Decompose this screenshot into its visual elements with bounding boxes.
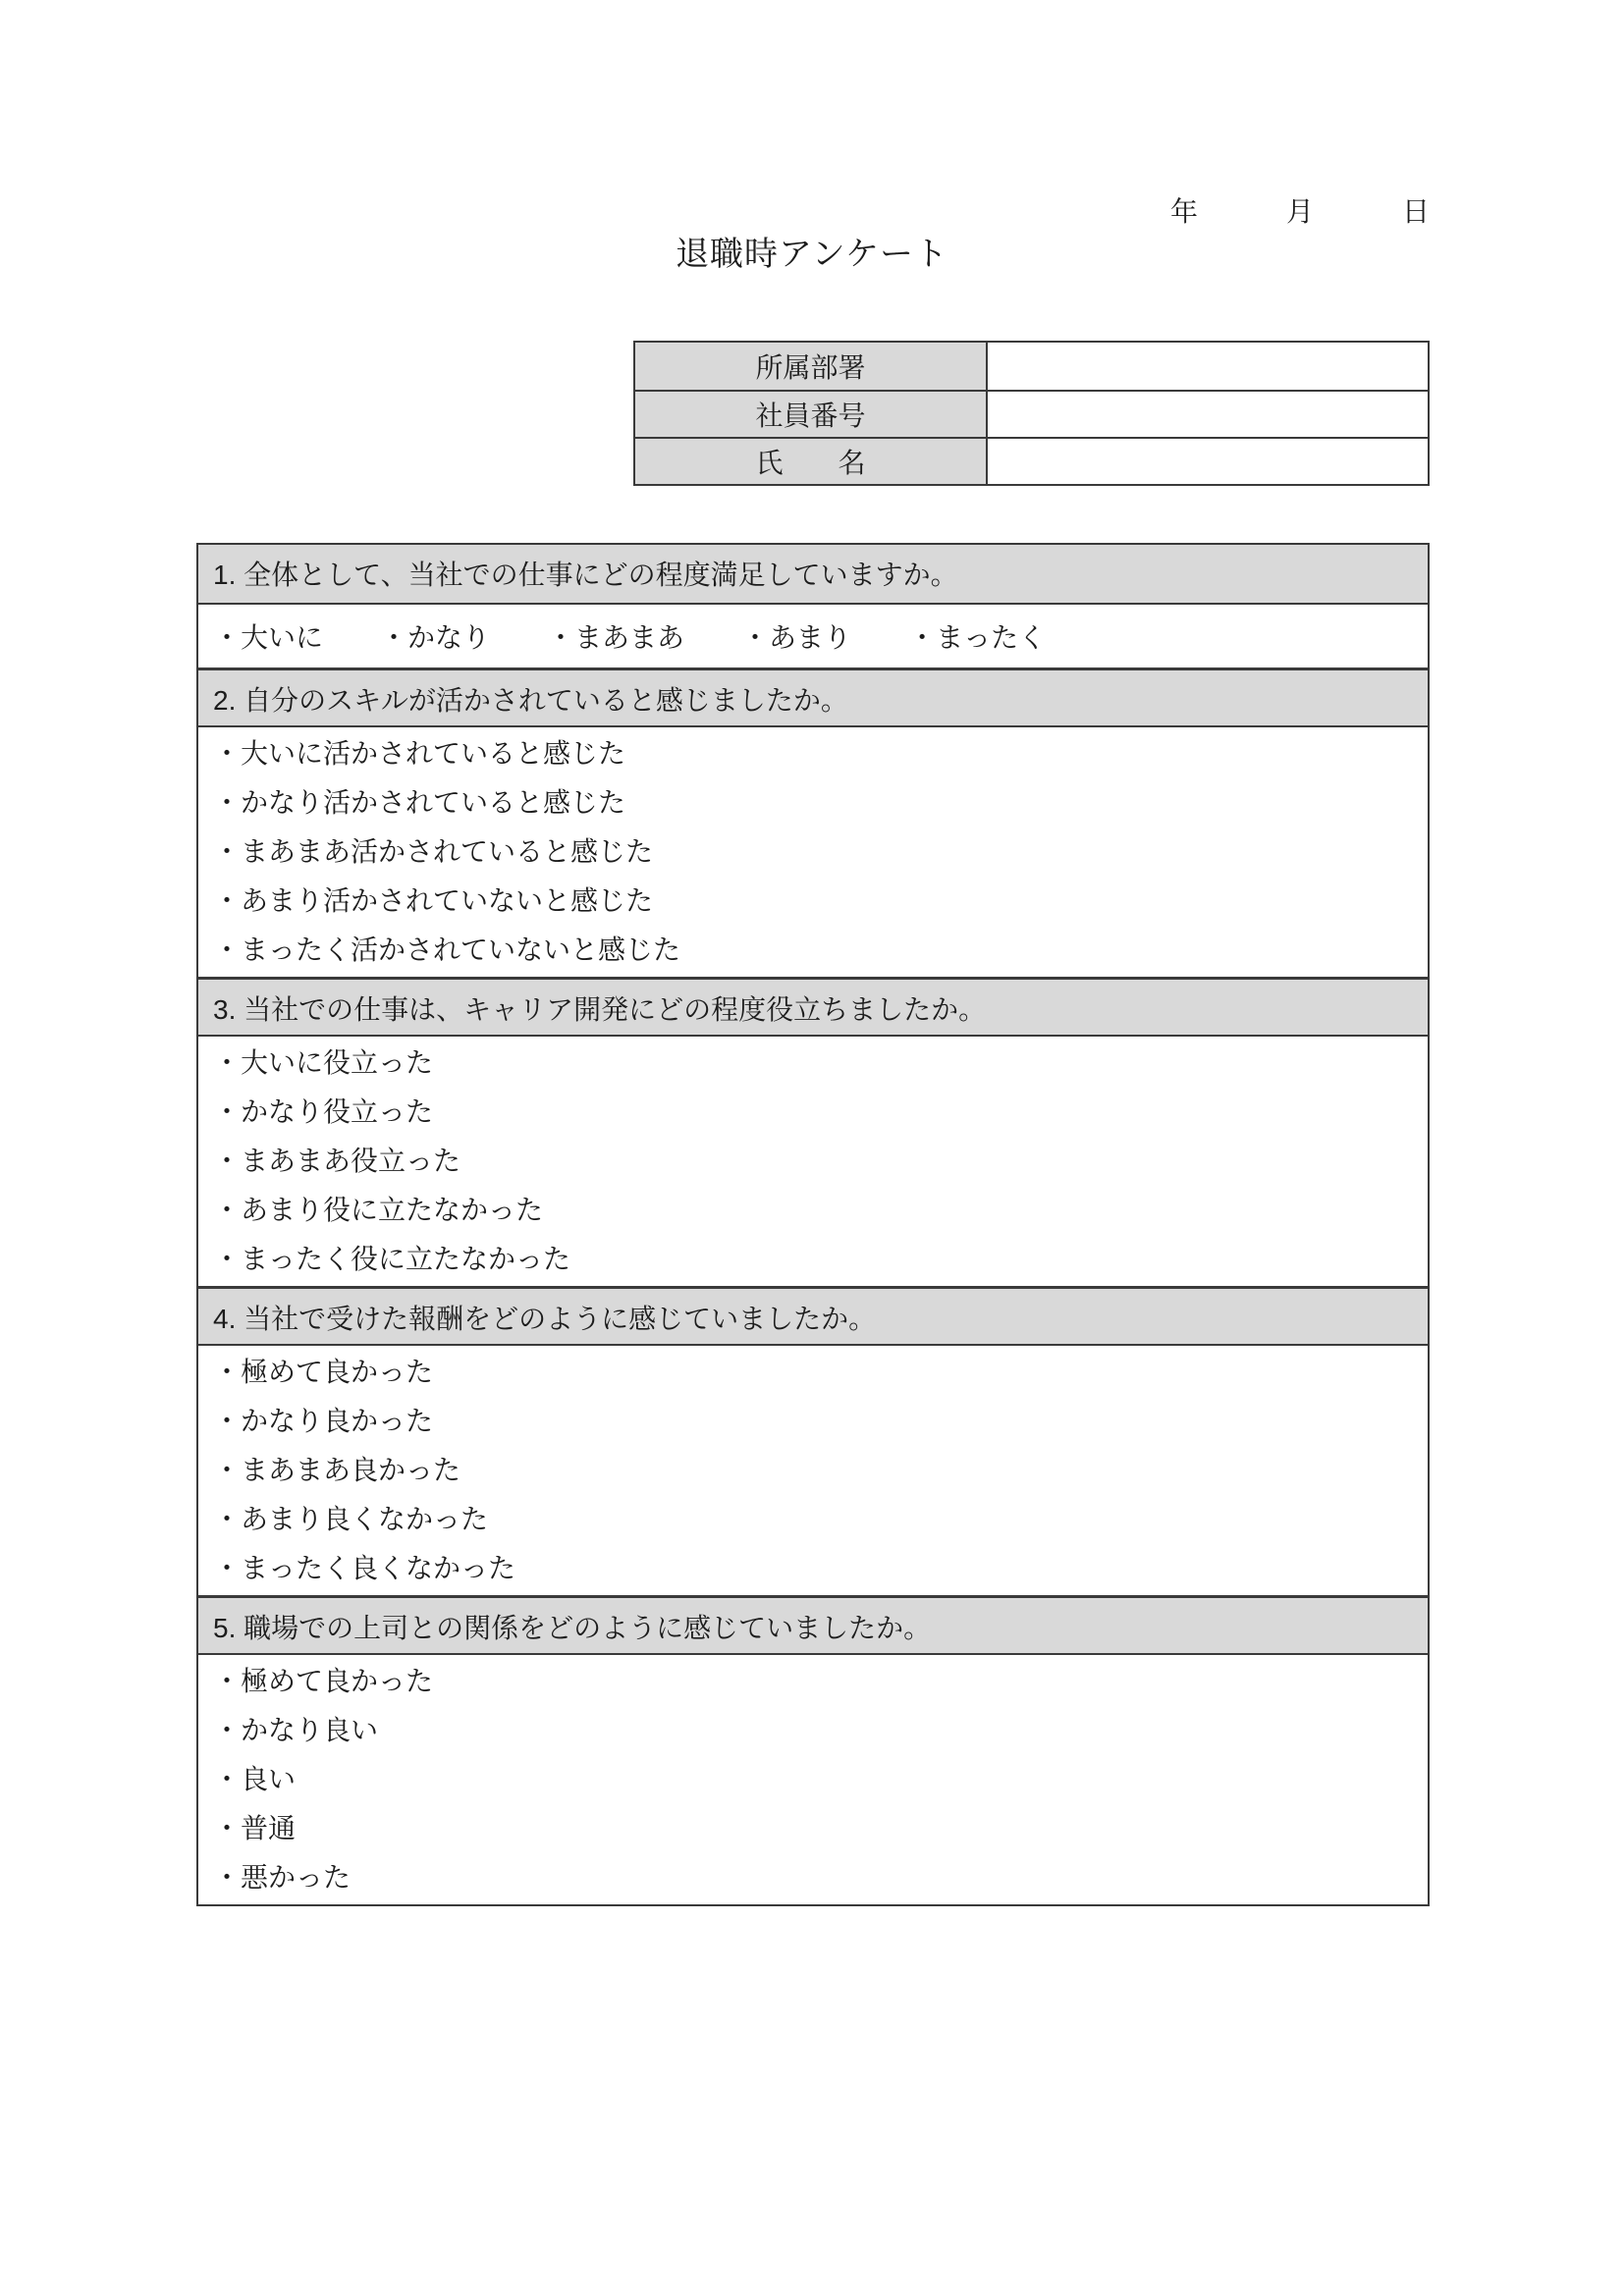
answer-option[interactable]: ・まったく役に立たなかった [213,1235,1428,1284]
question-2-header: 2. 自分のスキルが活かされていると感じましたか。 [198,667,1428,727]
question-5-options: ・極めて良かった ・かなり良い ・良い ・普通 ・悪かった [198,1655,1428,1904]
answer-option[interactable]: ・あまり [741,616,851,656]
employee-number-label: 社員番号 [635,392,988,437]
department-label: 所属部署 [635,343,988,390]
answer-option[interactable]: ・普通 [213,1804,1428,1853]
date-line: 年 月 日 [1170,198,1430,226]
info-row-name: 氏 名 [635,437,1428,484]
answer-option[interactable]: ・良い [213,1755,1428,1804]
answer-option[interactable]: ・かなり良い [213,1706,1428,1755]
answer-option[interactable]: ・大いに活かされていると感じた [213,729,1428,778]
page-title: 退職時アンケート [0,237,1624,272]
department-field[interactable] [988,343,1428,390]
answer-option[interactable]: ・大いに [213,616,323,656]
question-table: 1. 全体として、当社での仕事にどの程度満足していますか。 ・大いに ・かなり … [196,543,1430,1906]
answer-option[interactable]: ・かなり [380,616,490,656]
info-row-department: 所属部署 [635,343,1428,390]
answer-option[interactable]: ・かなり活かされていると感じた [213,778,1428,828]
answer-option[interactable]: ・まあまあ [547,616,684,656]
answer-option[interactable]: ・極めて良かった [213,1348,1428,1397]
info-table: 所属部署 社員番号 氏 名 [633,341,1430,486]
date-year-label: 年 [1170,198,1198,226]
answer-option[interactable]: ・あまり良くなかった [213,1495,1428,1544]
question-5-header: 5. 職場での上司との関係をどのように感じていましたか。 [198,1595,1428,1655]
employee-number-field[interactable] [988,392,1428,437]
document-page: 年 月 日 退職時アンケート 所属部署 社員番号 氏 名 1. 全体として、当社… [0,0,1624,2296]
answer-option[interactable]: ・まあまあ良かった [213,1446,1428,1495]
answer-option[interactable]: ・まあまあ活かされていると感じた [213,828,1428,877]
date-day-label: 日 [1402,198,1430,226]
name-label: 氏 名 [635,439,988,484]
answer-option[interactable]: ・まあまあ役立った [213,1137,1428,1186]
answer-option[interactable]: ・あまり役に立たなかった [213,1186,1428,1235]
info-row-employee-number: 社員番号 [635,390,1428,437]
answer-option[interactable]: ・まったく良くなかった [213,1544,1428,1593]
question-2-options: ・大いに活かされていると感じた ・かなり活かされていると感じた ・まあまあ活かさ… [198,727,1428,977]
answer-option[interactable]: ・まったく活かされていないと感じた [213,926,1428,975]
question-1-options: ・大いに ・かなり ・まあまあ ・あまり ・まったく [198,605,1428,667]
question-4-header: 4. 当社で受けた報酬をどのように感じていましたか。 [198,1286,1428,1346]
answer-option[interactable]: ・かなり良かった [213,1397,1428,1446]
answer-option[interactable]: ・あまり活かされていないと感じた [213,877,1428,926]
answer-option[interactable]: ・悪かった [213,1853,1428,1902]
answer-option[interactable]: ・大いに役立った [213,1039,1428,1088]
question-4-options: ・極めて良かった ・かなり良かった ・まあまあ良かった ・あまり良くなかった ・… [198,1346,1428,1595]
question-3-header: 3. 当社での仕事は、キャリア開発にどの程度役立ちましたか。 [198,977,1428,1037]
answer-option[interactable]: ・かなり役立った [213,1088,1428,1137]
question-3-options: ・大いに役立った ・かなり役立った ・まあまあ役立った ・あまり役に立たなかった… [198,1037,1428,1286]
question-1-header: 1. 全体として、当社での仕事にどの程度満足していますか。 [198,545,1428,605]
date-month-label: 月 [1286,198,1314,226]
answer-option[interactable]: ・まったく [908,616,1046,656]
answer-option[interactable]: ・極めて良かった [213,1657,1428,1706]
name-field[interactable] [988,439,1428,484]
